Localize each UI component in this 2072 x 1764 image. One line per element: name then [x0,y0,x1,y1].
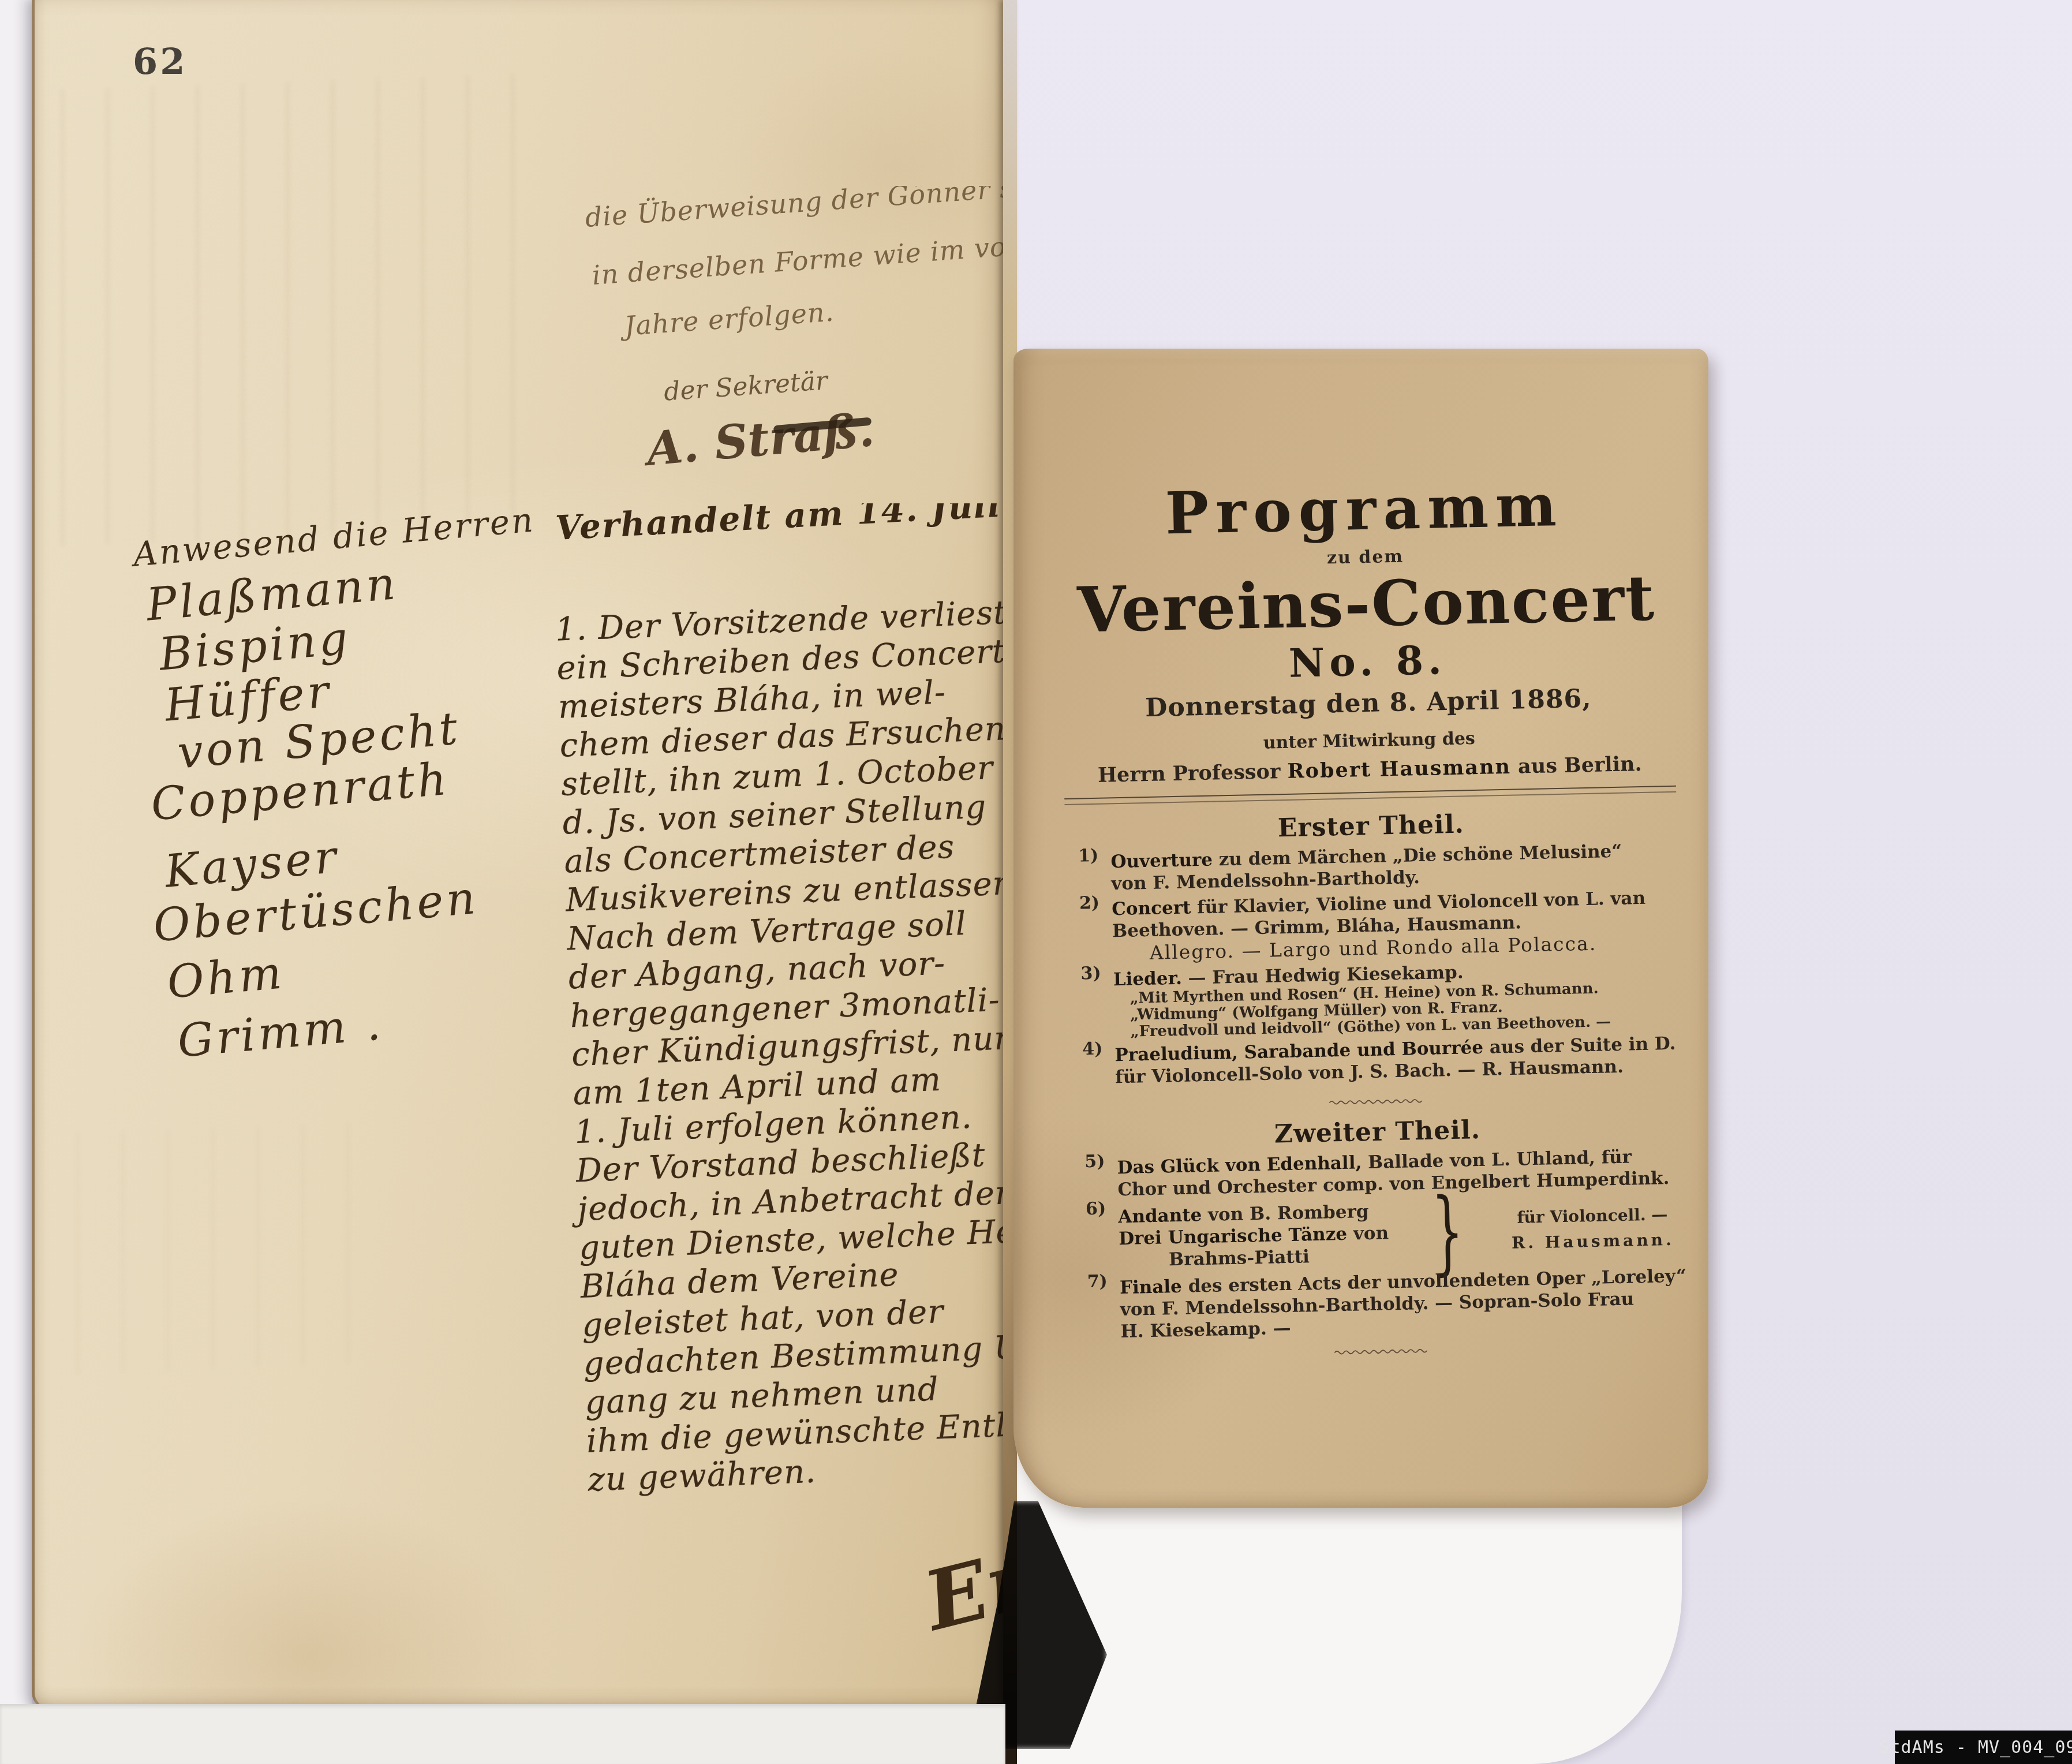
scan-backdrop-bottom-strip [0,1704,1005,1764]
program-item-4: 4) Praeludium, Sarabande und Bourrée aus… [1114,1032,1700,1088]
ink-showthrough [38,74,538,547]
program-item-6: 6) Andante von B. Romberg Drei Ungarisch… [1118,1192,1704,1273]
item-lead: Andante [1118,1205,1202,1227]
item-text: für Violoncell. — [1511,1202,1674,1231]
note-line: Jahre erfolgen. [623,296,835,342]
page-number: 62 [133,40,187,83]
item-lead: Finale [1120,1276,1183,1298]
ink-showthrough [54,1121,385,1374]
program-item-2: 2) Concert für Klavier, Violine und Viol… [1112,886,1698,965]
concert-program-leaf: Programm zu dem Vereins-Concert No. 8. D… [1013,349,1708,1508]
note-line: die Überweisung der Gönner soll [584,186,1007,233]
attendee-name: Grimm . [175,998,386,1068]
minutes-text-block: 1. Der Vorsitzende verliest ein Schreibe… [522,600,1007,1535]
item-number: 7) [1087,1272,1108,1292]
secretary-title: der Sekretär [663,366,829,407]
part1-items: 1) Ouverture zu dem Märchen „Die schöne … [1024,838,1708,1090]
top-note-block: die Überweisung der Gönner soll in derse… [566,186,1007,359]
scan-backdrop-left-strip [0,0,32,1764]
item-number: 5) [1084,1152,1105,1172]
program-item-1: 1) Ouverture zu dem Märchen „Die schöne … [1110,839,1696,895]
part2-items: 5) Das Glück von Edenhall, Ballade von L… [1030,1144,1708,1344]
note-line: in derselben Forme wie im vorigen [591,226,1007,291]
minutes-book-page: 62 die Überweisung der Gönner soll in de… [32,0,1010,1710]
item-number: 6) [1086,1199,1106,1220]
item-number: 2) [1079,893,1100,914]
item-lead: Concert [1112,897,1191,920]
program-content: Programm zu dem Vereins-Concert No. 8. D… [1013,349,1708,1362]
item-text: R. Hausmann. [1512,1227,1675,1256]
secretary-signature: A. Straß. [645,402,877,476]
double-rule [1064,786,1676,805]
date-line: Verhandelt am 14. Juli 1886. [555,503,1007,548]
item-text: von [1347,1223,1389,1244]
artist-prefix: Herrn Professor [1098,760,1288,787]
archive-label-text: StdAMs - MV_004_091 [1879,1737,2072,1758]
artist-line: Herrn Professor Robert Hausmann aus Berl… [1022,750,1708,788]
item-lead: Drei Ungarische Tänze [1119,1224,1348,1249]
item-text: von B. Romberg [1202,1201,1369,1225]
closing-flourish-block: Er [866,1535,1010,1703]
closing-flourish: Er [916,1535,1010,1649]
item-lead: Lieder. [1113,968,1182,990]
date-line-block: Verhandelt am 14. Juli 1886. [522,503,1007,584]
item-number: 1) [1078,846,1099,866]
item-text: aus der Suite in D. [1483,1033,1676,1058]
item-number: 4) [1082,1039,1103,1060]
wavy-divider [1333,1347,1431,1356]
item-number: 3) [1080,963,1101,984]
program-item-7: 7) Finale des ersten Acts der unvollende… [1120,1265,1706,1343]
concert-date: Donnerstag den 8. April 1886, [1020,681,1708,725]
archive-scan-photo: { "archive_label": { "text": "StdAMs - M… [0,0,2072,1764]
artist-name: Robert Hausmann [1287,755,1511,783]
program-main-title: Vereins-Concert [1018,566,1708,642]
archive-label: StdAMs - MV_004_091 [1895,1731,2072,1764]
item-lead: Ouverture [1110,850,1213,873]
program-item-5: 5) Das Glück von Edenhall, Ballade von L… [1117,1145,1703,1201]
attendee-name: Ohm [165,947,286,1008]
program-item-3: 3) Lieder. — Frau Hedwig Kiesekamp. „Mit… [1113,956,1699,1041]
program-title: Programm [1016,473,1708,545]
artist-suffix: aus Berlin. [1510,752,1642,779]
wavy-divider [1327,1097,1426,1106]
grouping-brace: } [1431,1197,1464,1267]
